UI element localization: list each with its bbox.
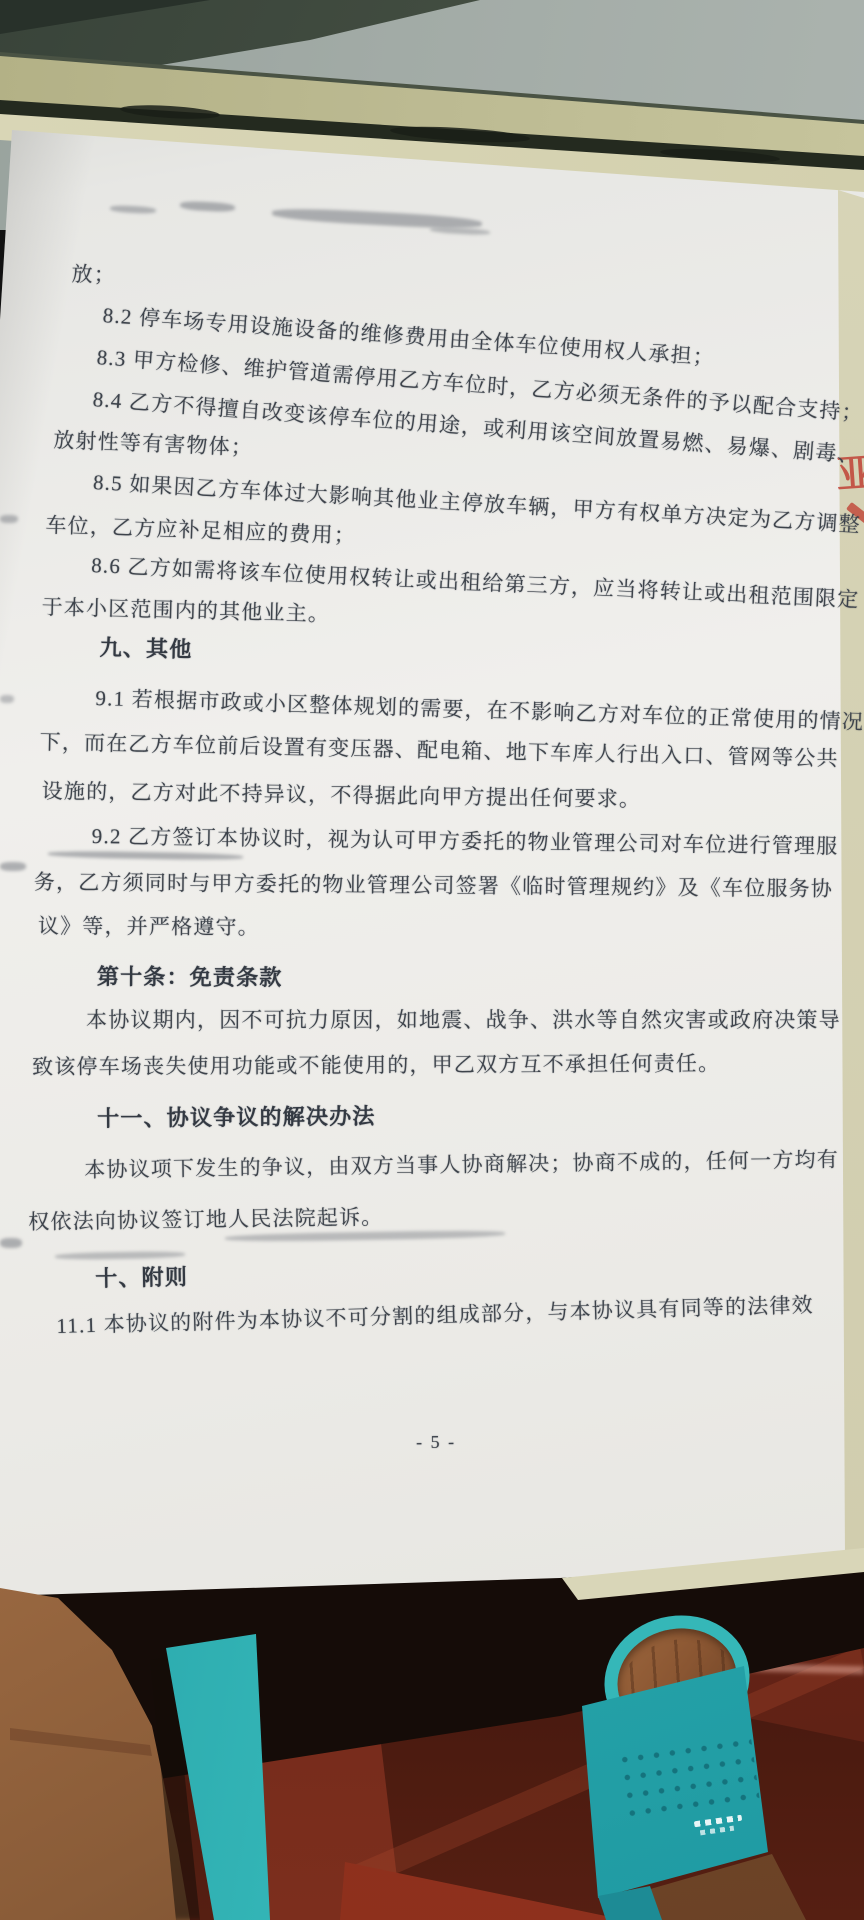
document-line-10-body-wrap: 致该停车场丧失使用功能或不能使用的，甲乙双方互不承担任何责任。 <box>32 1047 720 1081</box>
smudge-mark <box>0 862 26 871</box>
smudge-mark <box>0 515 18 523</box>
smudge-mark <box>0 1238 22 1248</box>
heading-section-9: 九、其他 <box>99 631 192 664</box>
smudge-mark <box>0 695 14 703</box>
document-line-10-body: 本协议期内，因不可抗力原因，如地震、战争、洪水等自然灾害或政府决策导 <box>86 1004 841 1034</box>
heading-appendix: 十、附则 <box>95 1260 188 1293</box>
heading-section-11: 十一、协议争议的解决办法 <box>97 1100 376 1133</box>
document-line-11-body-wrap: 权依法向协议签订地人民法院起诉。 <box>28 1201 384 1236</box>
heading-section-10: 第十条：免责条款 <box>97 960 283 992</box>
document-line-9-2-wrap2: 议》等，并严格遵守。 <box>38 910 260 941</box>
page-number: - 5 - <box>416 1432 456 1453</box>
photo-of-contract-page: 亚 放； 8.2 停车场专用设施设备的维修费用由全体车位使用权人承担； 8.3 … <box>0 0 864 1920</box>
document-line-continuation: 放； <box>71 258 116 289</box>
